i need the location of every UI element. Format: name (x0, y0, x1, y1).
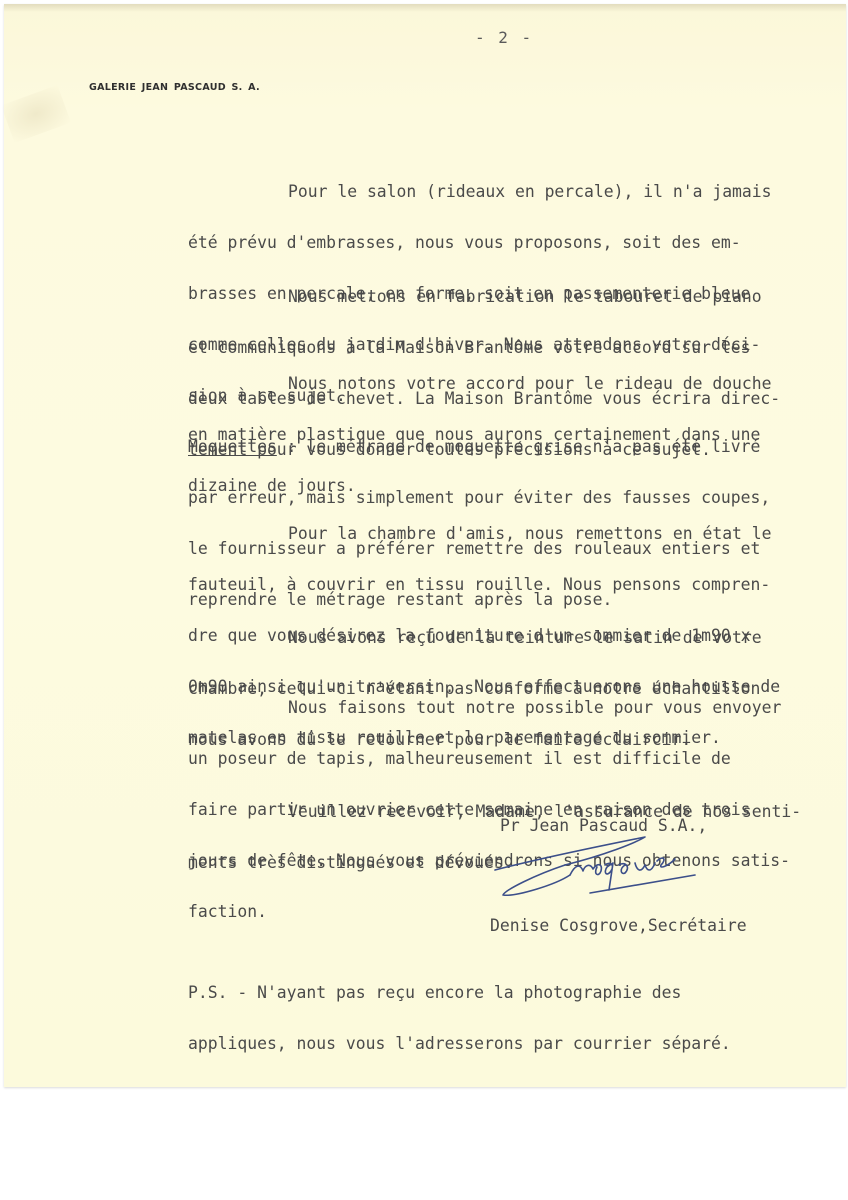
text-line: Nous avons reçu de la teinture le satin … (188, 629, 762, 646)
signatory-name: Denise Cosgrove,Secrétaire (490, 917, 747, 934)
letterhead: GALERIE JEAN PASCAUD S. A. (89, 82, 260, 93)
text-line: Veuillez recevoir, Madame, l'assurance d… (188, 803, 801, 820)
section-heading-moquettes: Moquettes (188, 437, 277, 456)
text-line: Nous faisons tout notre possible pour vo… (188, 699, 790, 716)
postscript: P.S. - N'ayant pas reçu encore la photog… (188, 950, 731, 1069)
text-line: été prévu d'embrasses, nous vous proposo… (188, 234, 772, 251)
text-line: Nous mettons en fabrication le tabouret … (188, 288, 780, 305)
paper-stain (1, 85, 71, 143)
page-number: - 2 - (475, 28, 533, 47)
closing-company: Pr Jean Pascaud S.A., (500, 817, 707, 834)
text-line: appliques, nous vous l'adresserons par c… (188, 1035, 731, 1052)
text-line: Nous notons votre accord pour le rideau … (188, 375, 772, 392)
text-line: fauteuil, à couvrir en tissu rouille. No… (188, 576, 780, 593)
handwritten-signature (485, 835, 725, 905)
text-line: Pour la chambre d'amis, nous remettons e… (188, 525, 780, 542)
text-line: Moquettes : le métrage de moquette grise… (188, 438, 770, 455)
text-fragment: : le métrage de moquette grise n'a pas é… (277, 437, 761, 456)
text-line: P.S. - N'ayant pas reçu encore la photog… (188, 984, 731, 1001)
text-line: Pour le salon (rideaux en percale), il n… (188, 183, 772, 200)
text-line: un poseur de tapis, malheureusement il e… (188, 750, 790, 767)
